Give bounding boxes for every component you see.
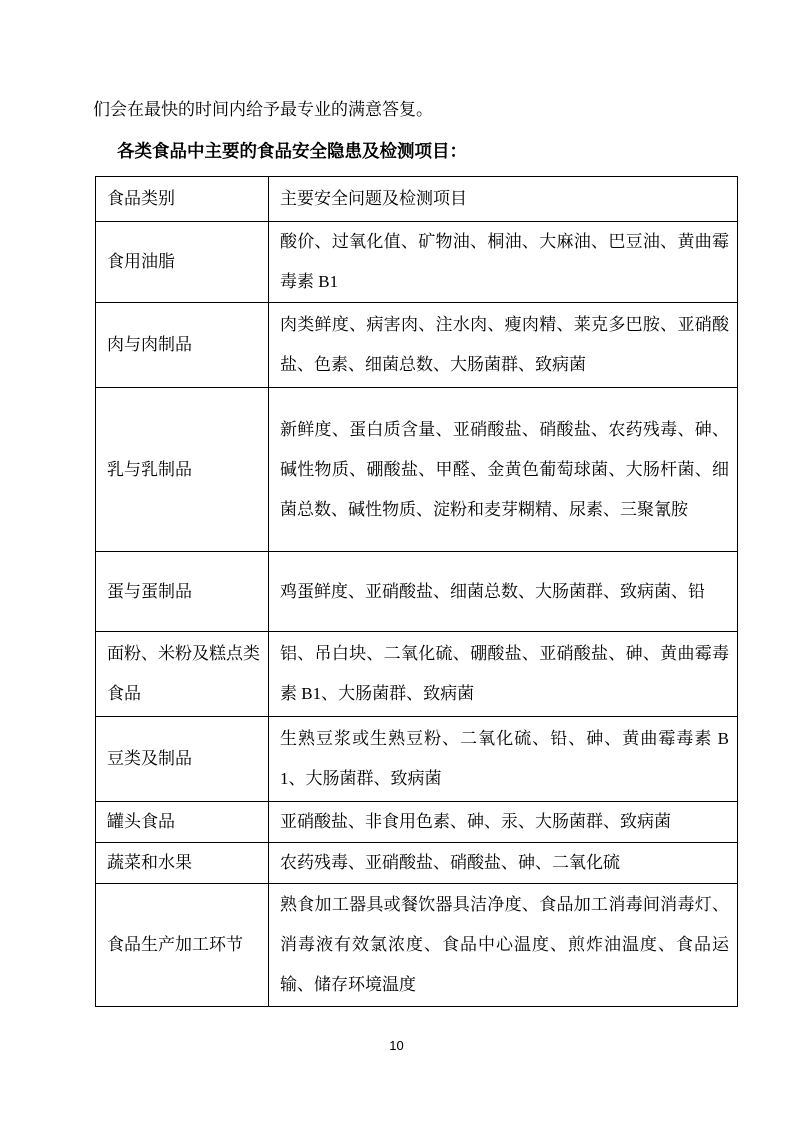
intro-paragraph: 们会在最快的时间内给予最专业的满意答复。: [93, 97, 697, 123]
category-cell: 肉与肉制品: [96, 303, 269, 388]
items-cell: 熟食加工器具或餐饮器具洁净度、食品加工消毒间消毒灯、消毒液有效氯浓度、食品中心温…: [269, 884, 738, 1007]
table-row: 乳与乳制品 新鲜度、蛋白质含量、亚硝酸盐、硝酸盐、农药残毒、砷、碱性物质、硼酸盐…: [96, 388, 738, 552]
category-cell: 罐头食品: [96, 802, 269, 843]
items-cell: 铝、吊白块、二氧化硫、硼酸盐、亚硝酸盐、砷、黄曲霉毒素 B1、大肠菌群、致病菌: [269, 632, 738, 717]
food-safety-table: 食品类别 主要安全问题及检测项目 食用油脂 酸价、过氧化值、矿物油、桐油、大麻油…: [95, 176, 738, 1007]
category-cell: 蔬菜和水果: [96, 843, 269, 884]
category-cell: 食用油脂: [96, 222, 269, 303]
category-cell: 蛋与蛋制品: [96, 552, 269, 632]
section-heading: 各类食品中主要的食品安全隐患及检测项目：: [117, 138, 697, 164]
table-header-items: 主要安全问题及检测项目: [269, 177, 738, 222]
table-row: 食品生产加工环节 熟食加工器具或餐饮器具洁净度、食品加工消毒间消毒灯、消毒液有效…: [96, 884, 738, 1007]
items-cell: 酸价、过氧化值、矿物油、桐油、大麻油、巴豆油、黄曲霉毒素 B1: [269, 222, 738, 303]
category-cell: 面粉、米粉及糕点类食品: [96, 632, 269, 717]
table-row: 罐头食品 亚硝酸盐、非食用色素、砷、汞、大肠菌群、致病菌: [96, 802, 738, 843]
items-cell: 亚硝酸盐、非食用色素、砷、汞、大肠菌群、致病菌: [269, 802, 738, 843]
items-cell: 新鲜度、蛋白质含量、亚硝酸盐、硝酸盐、农药残毒、砷、碱性物质、硼酸盐、甲醛、金黄…: [269, 388, 738, 552]
page-number: 10: [0, 1038, 793, 1053]
table-row: 肉与肉制品 肉类鲜度、病害肉、注水肉、瘦肉精、莱克多巴胺、亚硝酸盐、色素、细菌总…: [96, 303, 738, 388]
table-row: 蔬菜和水果 农药残毒、亚硝酸盐、硝酸盐、砷、二氧化硫: [96, 843, 738, 884]
table-row: 豆类及制品 生熟豆浆或生熟豆粉、二氧化硫、铅、砷、黄曲霉毒素 B1、大肠菌群、致…: [96, 717, 738, 802]
items-cell: 生熟豆浆或生熟豆粉、二氧化硫、铅、砷、黄曲霉毒素 B1、大肠菌群、致病菌: [269, 717, 738, 802]
category-cell: 豆类及制品: [96, 717, 269, 802]
items-cell: 肉类鲜度、病害肉、注水肉、瘦肉精、莱克多巴胺、亚硝酸盐、色素、细菌总数、大肠菌群…: [269, 303, 738, 388]
table-row: 食用油脂 酸价、过氧化值、矿物油、桐油、大麻油、巴豆油、黄曲霉毒素 B1: [96, 222, 738, 303]
table-row: 蛋与蛋制品 鸡蛋鲜度、亚硝酸盐、细菌总数、大肠菌群、致病菌、铅: [96, 552, 738, 632]
table-header-category: 食品类别: [96, 177, 269, 222]
category-cell: 食品生产加工环节: [96, 884, 269, 1007]
table-header-row: 食品类别 主要安全问题及检测项目: [96, 177, 738, 222]
document-page: 们会在最快的时间内给予最专业的满意答复。 各类食品中主要的食品安全隐患及检测项目…: [0, 0, 793, 1007]
category-cell: 乳与乳制品: [96, 388, 269, 552]
table-row: 面粉、米粉及糕点类食品 铝、吊白块、二氧化硫、硼酸盐、亚硝酸盐、砷、黄曲霉毒素 …: [96, 632, 738, 717]
items-cell: 农药残毒、亚硝酸盐、硝酸盐、砷、二氧化硫: [269, 843, 738, 884]
items-cell: 鸡蛋鲜度、亚硝酸盐、细菌总数、大肠菌群、致病菌、铅: [269, 552, 738, 632]
